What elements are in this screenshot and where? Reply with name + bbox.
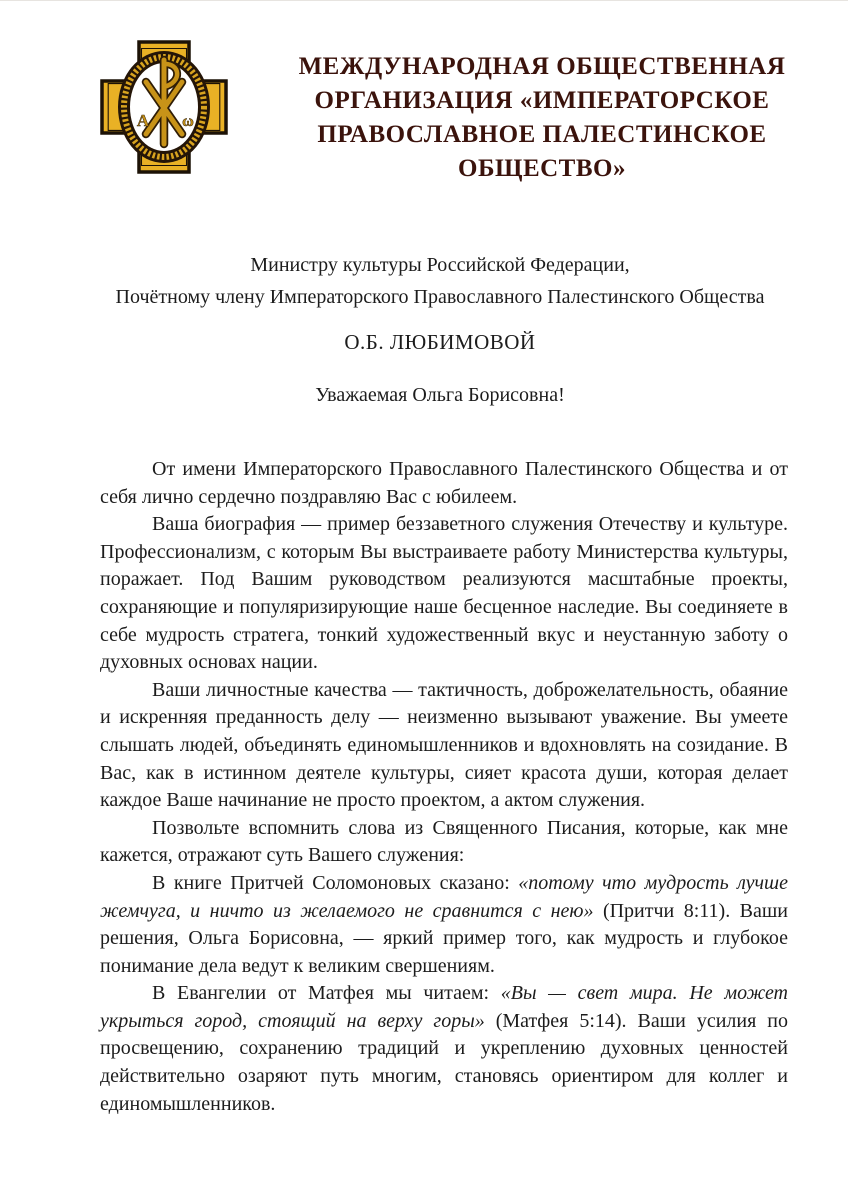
paragraph-congratulation: От имени Императорского Православного Па… (100, 456, 788, 511)
addressee-block: Министру культуры Российской Федерации, … (0, 249, 848, 313)
letter-body: От имени Императорского Православного Па… (100, 456, 788, 1118)
paragraph-text: В Евангелии от Матфея мы читаем: (152, 982, 501, 1004)
salutation: Уважаемая Ольга Борисовна! (0, 384, 848, 407)
paragraph-scripture-intro: Позвольте вспомнить слова из Священного … (100, 815, 788, 870)
paragraph-text: Ваши личностные качества — тактичность, … (100, 679, 788, 811)
ippo-emblem-icon: А ω (100, 40, 228, 174)
paragraph-personal-qualities: Ваши личностные качества — тактичность, … (100, 677, 788, 815)
paragraph-text: От имени Императорского Православного Па… (100, 458, 788, 508)
paragraph-biography: Ваша биография — пример беззаветного слу… (100, 511, 788, 677)
omega-letter: ω (182, 113, 194, 130)
paragraph-matthew-quote: В Евангелии от Матфея мы читаем: «Вы — с… (100, 980, 788, 1118)
paragraph-text: В книге Притчей Соломоновых сказано: (152, 872, 518, 894)
org-name: МЕЖДУНАРОДНАЯ ОБЩЕСТВЕННАЯ ОРГАНИЗАЦИЯ «… (236, 50, 848, 186)
alpha-letter: А (137, 111, 150, 130)
scanned-letter-page: А ω МЕЖДУНАРОДНАЯ ОБЩЕСТВЕННАЯ ОРГАНИЗАЦ… (0, 0, 848, 1200)
scan-edge-artifact (0, 0, 848, 1)
addressee-name: О.Б. ЛЮБИМОВОЙ (0, 330, 848, 355)
addressee-line-2: Почётному члену Императорского Православ… (32, 281, 848, 313)
org-name-line-2: ОРГАНИЗАЦИЯ «ИМПЕРАТОРСКОЕ (236, 84, 848, 118)
org-name-line-3: ПРАВОСЛАВНОЕ ПАЛЕСТИНСКОЕ ОБЩЕСТВО» (236, 118, 848, 186)
paragraph-proverbs-quote: В книге Притчей Соломоновых сказано: «по… (100, 870, 788, 980)
org-name-line-1: МЕЖДУНАРОДНАЯ ОБЩЕСТВЕННАЯ (236, 50, 848, 84)
addressee-line-1: Министру культуры Российской Федерации, (32, 249, 848, 281)
paragraph-text: Ваша биография — пример беззаветного слу… (100, 513, 788, 673)
paragraph-text: Позвольте вспомнить слова из Священного … (100, 817, 788, 867)
